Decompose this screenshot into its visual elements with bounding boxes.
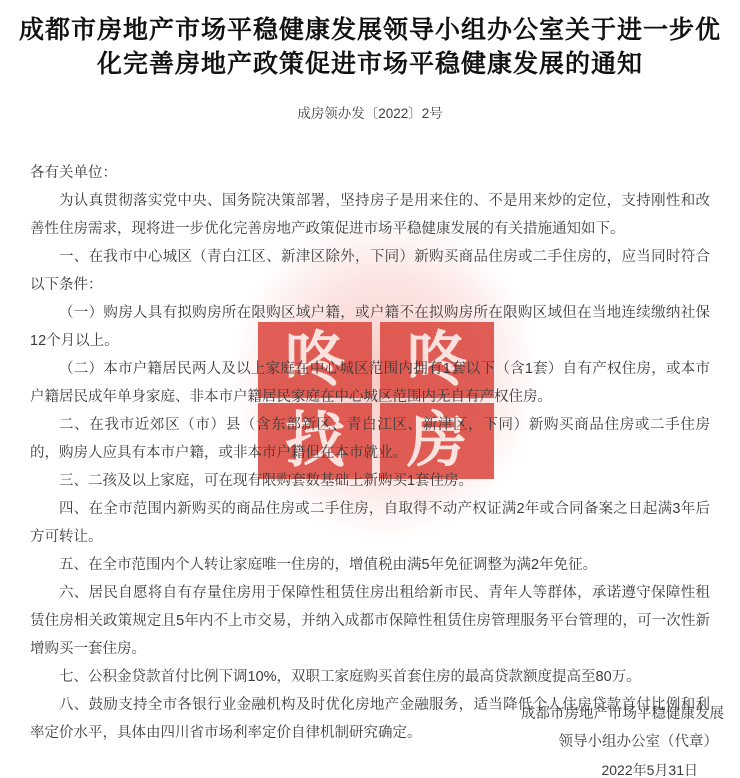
paragraph: 七、公积金贷款首付比例下调10%，双职工家庭购买首套住房的最高贷款额度提高至80… [30, 663, 710, 691]
paragraph: 三、二孩及以上家庭，可在现有限购套数基础上新购买1套住房。 [30, 467, 710, 495]
paragraph: 四、在全市范围内新购买的商品住房或二手住房，自取得不动产权证满2年或合同备案之日… [30, 495, 710, 551]
signature-block: 成都市房地产市场平稳健康发展 领导小组办公室（代章） 2022年5月31日 [521, 700, 724, 778]
document-body: 各有关单位： 为认真贯彻落实党中央、国务院决策部署，坚持房子是用来住的、不是用来… [30, 159, 710, 747]
title-line-1: 成都市房地产市场平稳健康发展领导小组办公室关于进一步优 [0, 13, 740, 47]
signature-date: 2022年5月31日 [521, 756, 724, 778]
document-title: 成都市房地产市场平稳健康发展领导小组办公室关于进一步优 化完善房地产政策促进市场… [0, 0, 740, 81]
paragraph: 五、在全市范围内个人转让家庭唯一住房的，增值税由满5年免征调整为满2年免征。 [30, 551, 710, 579]
signature-org-line-2: 领导小组办公室（代章） [521, 728, 724, 756]
paragraph-list: 为认真贯彻落实党中央、国务院决策部署，坚持房子是用来住的、不是用来炒的定位，支持… [30, 187, 710, 747]
notice-document: 咚咚找房 成都市房地产市场平稳健康发展领导小组办公室关于进一步优 化完善房地产政… [0, 0, 740, 778]
paragraph: 为认真贯彻落实党中央、国务院决策部署，坚持房子是用来住的、不是用来炒的定位，支持… [30, 187, 710, 243]
title-line-2: 化完善房地产政策促进市场平稳健康发展的通知 [0, 47, 740, 81]
signature-org-line-1: 成都市房地产市场平稳健康发展 [521, 700, 724, 728]
paragraph: （二）本市户籍居民两人及以上家庭在中心城区范围内拥有1套以下（含1套）自有产权住… [30, 355, 710, 411]
paragraph: （一）购房人具有拟购房所在限购区域户籍，或户籍不在拟购房所在限购区域但在当地连续… [30, 299, 710, 355]
paragraph: 二、在我市近郊区（市）县（含东部新区、青白江区、新津区，下同）新购买商品住房或二… [30, 411, 710, 467]
paragraph: 六、居民自愿将自有存量住房用于保障性租赁住房出租给新市民、青年人等群体，承诺遵守… [30, 579, 710, 663]
document-number: 成房领办发〔2022〕2号 [0, 102, 740, 122]
salutation: 各有关单位： [30, 159, 710, 187]
paragraph: 一、在我市中心城区（青白江区、新津区除外，下同）新购买商品住房或二手住房的，应当… [30, 243, 710, 299]
